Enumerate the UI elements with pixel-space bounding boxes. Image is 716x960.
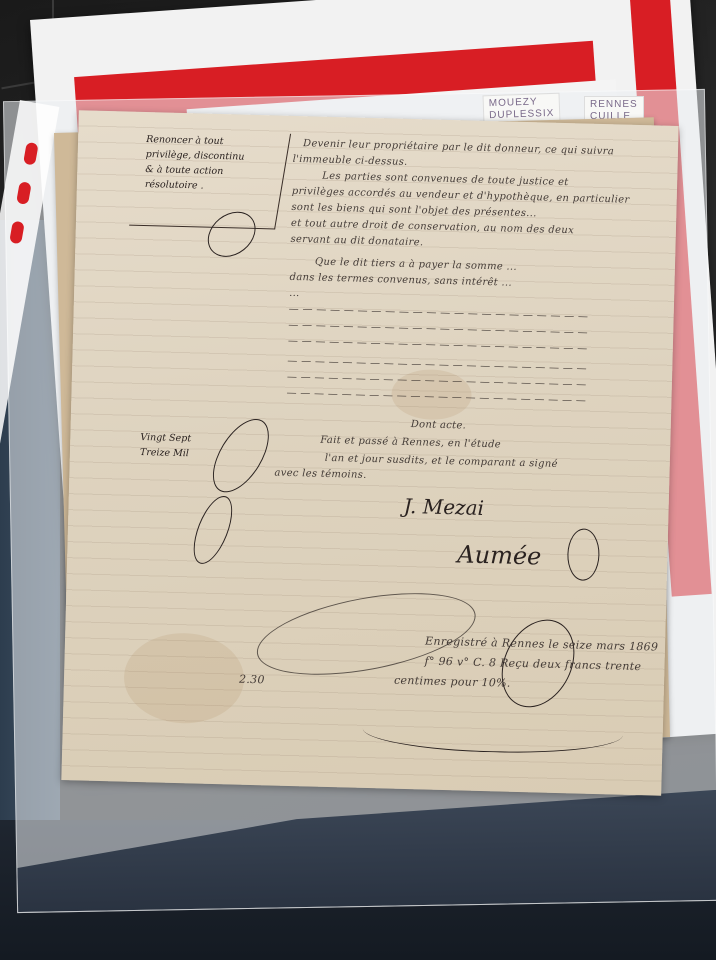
body-line: ... [289,288,300,299]
body-line: Dont acte. [411,419,467,431]
margin-note: Renoncer à tout privilège, discontinu & … [145,132,245,195]
handwritten-document: Renoncer à tout privilège, discontinu & … [61,110,678,795]
sleeve-shadow [16,790,716,912]
signature-aumee: Aumée [457,540,542,570]
registration-amount: 2.30 [239,673,265,687]
punch-hole [16,181,32,205]
left-margin-date: Vingt Sept Treize Mil [140,430,192,461]
punch-hole [23,142,39,166]
punch-hole [9,221,25,245]
signature-mezai: J. Mezai [403,494,484,520]
sticker-line: RENNES [590,99,638,111]
